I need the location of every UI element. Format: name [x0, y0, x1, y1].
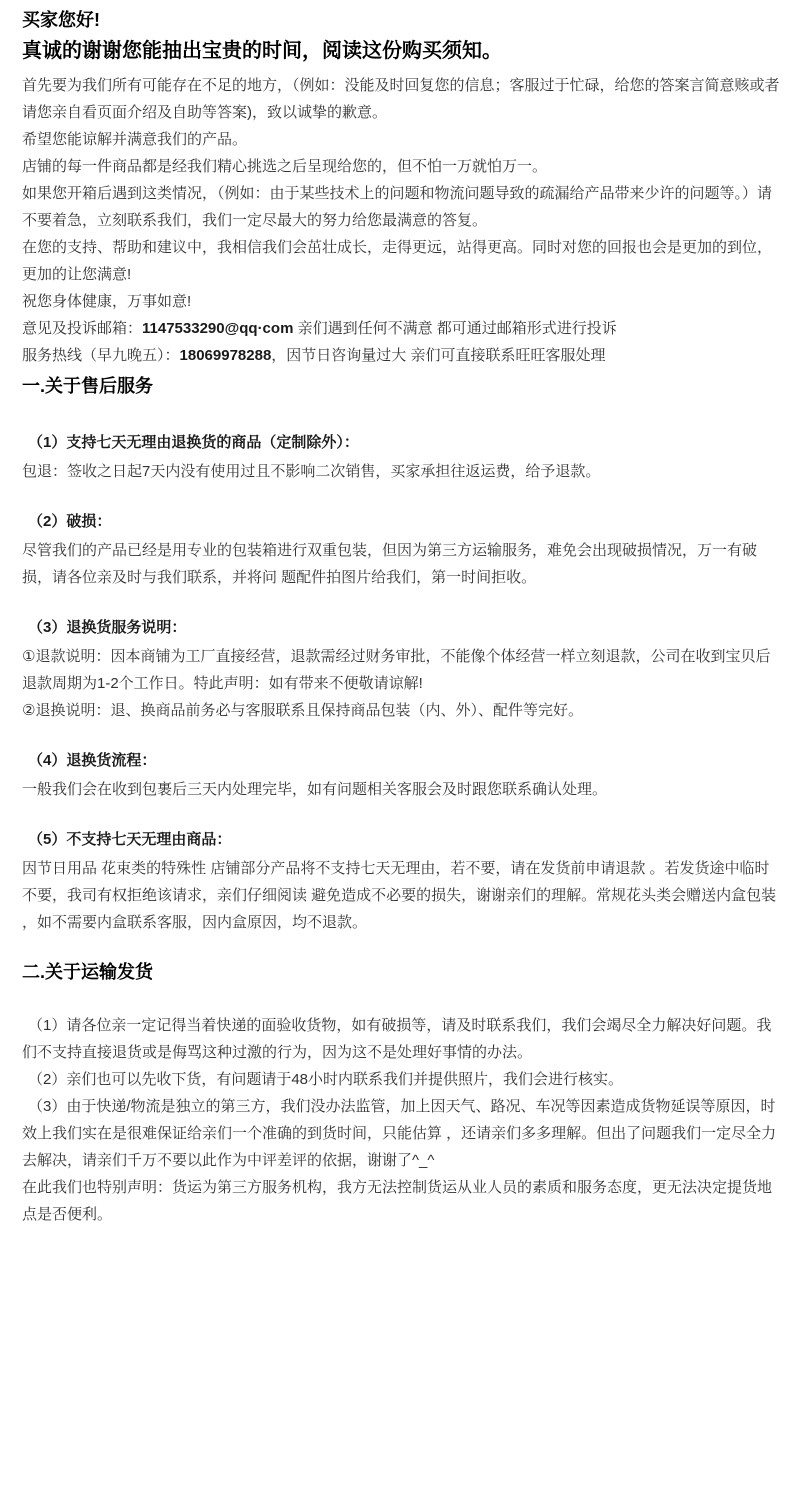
after-sales-item-title: （4）退换货流程：: [22, 746, 780, 776]
buyer-greeting: 买家您好!: [22, 6, 780, 34]
after-sales-item-body: 尽管我们的产品已经是用专业的包装箱进行双重包装，但因为第三方运输服务，难免会出现…: [22, 537, 780, 591]
intro-paragraph: 首先要为我们所有可能存在不足的地方，（例如：没能及时回复您的信息；客服过于忙碌，…: [22, 72, 780, 126]
shipping-section: （1）请各位亲一定记得当着快递的面验收货物，如有破损等，请及时联系我们，我们会竭…: [22, 1012, 780, 1228]
page-title: 真诚的谢谢您能抽出宝贵的时间，阅读这份购买须知。: [22, 34, 780, 68]
purchase-notice-page: 买家您好! 真诚的谢谢您能抽出宝贵的时间，阅读这份购买须知。 首先要为我们所有可…: [0, 0, 800, 1500]
after-sales-heading: 一.关于售后服务: [22, 371, 780, 401]
email-note: 亲们遇到任何不满意 都可通过邮箱形式进行投诉: [293, 320, 616, 337]
after-sales-item-title: （2）破损：: [22, 507, 780, 537]
intro-paragraph: 祝您身体健康，万事如意!: [22, 288, 780, 315]
shipping-heading: 二.关于运输发货: [22, 957, 780, 987]
intro-section: 首先要为我们所有可能存在不足的地方，（例如：没能及时回复您的信息；客服过于忙碌，…: [22, 72, 780, 315]
complaint-email-line: 意见及投诉邮箱：1147533290@qq·com 亲们遇到任何不满意 都可通过…: [22, 315, 780, 342]
service-hotline-line: 服务热线（早九晚五）：18069978288，因节日咨询量过大 亲们可直接联系旺…: [22, 342, 780, 369]
shipping-paragraph: （3）由于快递/物流是独立的第三方，我们没办法监管，加上因天气、路况、车况等因素…: [22, 1093, 780, 1174]
after-sales-item-title: （1）支持七天无理由退换货的商品（定制除外）：: [22, 428, 780, 458]
hotline-note: ，因节日咨询量过大 亲们可直接联系旺旺客服处理: [271, 347, 605, 364]
intro-paragraph: 如果您开箱后遇到这类情况，（例如：由于某些技术上的问题和物流问题导致的疏漏给产品…: [22, 180, 780, 234]
after-sales-item-body: 因节日用品 花束类的特殊性 店铺部分产品将不支持七天无理由，若不要，请在发货前申…: [22, 855, 780, 936]
after-sales-item-body: 一般我们会在收到包裹后三天内处理完毕，如有问题相关客服会及时跟您联系确认处理。: [22, 776, 780, 803]
after-sales-section: （1）支持七天无理由退换货的商品（定制除外）： 包退：签收之日起7天内没有使用过…: [22, 428, 780, 936]
intro-paragraph: 希望您能谅解并满意我们的产品。: [22, 126, 780, 153]
after-sales-item-body: 包退：签收之日起7天内没有使用过且不影响二次销售，买家承担往返运费，给予退款。: [22, 458, 780, 485]
email-label: 意见及投诉邮箱：: [22, 320, 142, 337]
after-sales-item-title: （5）不支持七天无理由商品：: [22, 825, 780, 855]
intro-paragraph: 店铺的每一件商品都是经我们精心挑选之后呈现给您的，但不怕一万就怕万一。: [22, 153, 780, 180]
after-sales-item-body: ①退款说明：因本商铺为工厂直接经营，退款需经过财务审批，不能像个体经营一样立刻退…: [22, 643, 780, 697]
after-sales-item-body: ②退换说明：退、换商品前务必与客服联系且保持商品包装（内、外）、配件等完好。: [22, 697, 780, 724]
shipping-paragraph: （2）亲们也可以先收下货，有问题请于48小时内联系我们并提供照片，我们会进行核实…: [22, 1066, 780, 1093]
hotline-label: 服务热线（早九晚五）：: [22, 347, 180, 364]
shipping-paragraph: （1）请各位亲一定记得当着快递的面验收货物，如有破损等，请及时联系我们，我们会竭…: [22, 1012, 780, 1066]
complaint-email-address: 1147533290@qq·com: [142, 320, 293, 337]
after-sales-item-title: （3）退换货服务说明：: [22, 613, 780, 643]
service-hotline-number: 18069978288: [180, 347, 272, 364]
intro-paragraph: 在您的支持、帮助和建议中，我相信我们会茁壮成长，走得更远，站得更高。同时对您的回…: [22, 234, 780, 288]
shipping-paragraph: 在此我们也特别声明：货运为第三方服务机构，我方无法控制货运从业人员的素质和服务态…: [22, 1174, 780, 1228]
